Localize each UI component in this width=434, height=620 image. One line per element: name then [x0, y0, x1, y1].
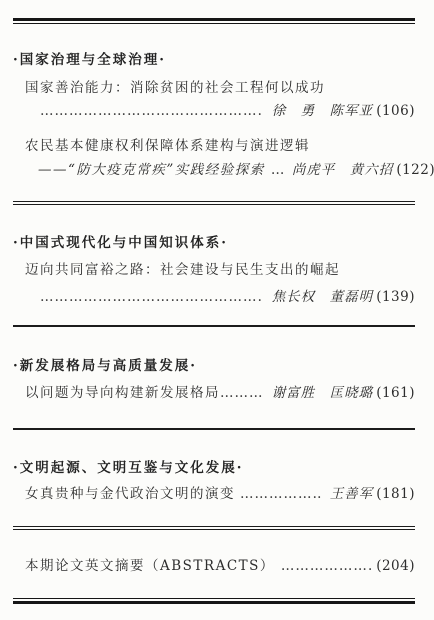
bottom-border-rule	[13, 598, 415, 604]
article-authors: 尚虎平 黄六招	[292, 160, 394, 180]
article-authors: 王善军	[330, 484, 374, 504]
article-leader-line: ……………………………………………………………………………………………………………	[40, 101, 415, 121]
abstracts-line: 本期论文英文摘要（ABSTRACTS） ………………………………………………………	[25, 556, 415, 576]
toc-page: ·国家治理与全球治理· 国家善治能力：消除贫困的社会工程何以成功 ……………………	[0, 0, 434, 620]
top-border-rule	[13, 18, 415, 24]
dot-leader: ……………………………………………………………………………………………………………	[240, 484, 321, 504]
article-page-number: (139)	[376, 287, 415, 307]
dot-leader: ……………………………………………………………………………………………………………	[271, 160, 283, 180]
article-title: 女真贵种与金代政治文明的演变	[25, 484, 235, 504]
article-authors: 徐 勇 陈军亚	[272, 101, 374, 121]
section-header-new-development: ·新发展格局与高质量发展·	[13, 356, 415, 376]
article-subtitle: ——“防大疫克常疾”实践经验探索	[38, 160, 265, 180]
article-line: 女真贵种与金代政治文明的演变 ……………………………………………………………………	[25, 484, 415, 504]
section-separator-rule	[13, 526, 415, 530]
dot-leader: ……………………………………………………………………………………………………………	[281, 556, 373, 576]
article-authors: 焦长权 董磊明	[272, 287, 374, 307]
dot-leader: ……………………………………………………………………………………………………………	[40, 287, 263, 307]
article-page-number: (106)	[376, 101, 415, 121]
article-page-number: (181)	[376, 484, 415, 504]
article-line: 以问题为导向构建新发展格局 ………………………………………………………………………	[25, 383, 415, 403]
article-title: 以问题为导向构建新发展格局	[25, 383, 220, 403]
article-authors: 谢富胜 匡晓璐	[272, 383, 374, 403]
section-separator-rule	[13, 428, 415, 430]
article-subtitle-line: ——“防大疫克常疾”实践经验探索 ………………………………………………………………	[38, 160, 415, 180]
article-title: 农民基本健康权利保障体系建构与演进逻辑	[25, 136, 415, 156]
abstracts-page-number: (204)	[376, 556, 415, 576]
dot-leader: ……………………………………………………………………………………………………………	[220, 383, 263, 403]
section-separator-rule	[13, 201, 415, 205]
section-header-governance: ·国家治理与全球治理·	[13, 50, 415, 70]
abstracts-label: 本期论文英文摘要（ABSTRACTS）	[25, 556, 275, 576]
section-header-civilization: ·文明起源、文明互鉴与文化发展·	[13, 458, 415, 478]
section-separator-rule	[13, 325, 415, 327]
article-title: 迈向共同富裕之路：社会建设与民生支出的崛起	[25, 260, 415, 280]
article-page-number: (122)	[396, 160, 434, 180]
dot-leader: ……………………………………………………………………………………………………………	[40, 101, 263, 121]
section-header-modernization: ·中国式现代化与中国知识体系·	[13, 233, 415, 253]
article-leader-line: ……………………………………………………………………………………………………………	[40, 287, 415, 307]
article-page-number: (161)	[376, 383, 415, 403]
article-title: 国家善治能力：消除贫困的社会工程何以成功	[25, 78, 415, 98]
